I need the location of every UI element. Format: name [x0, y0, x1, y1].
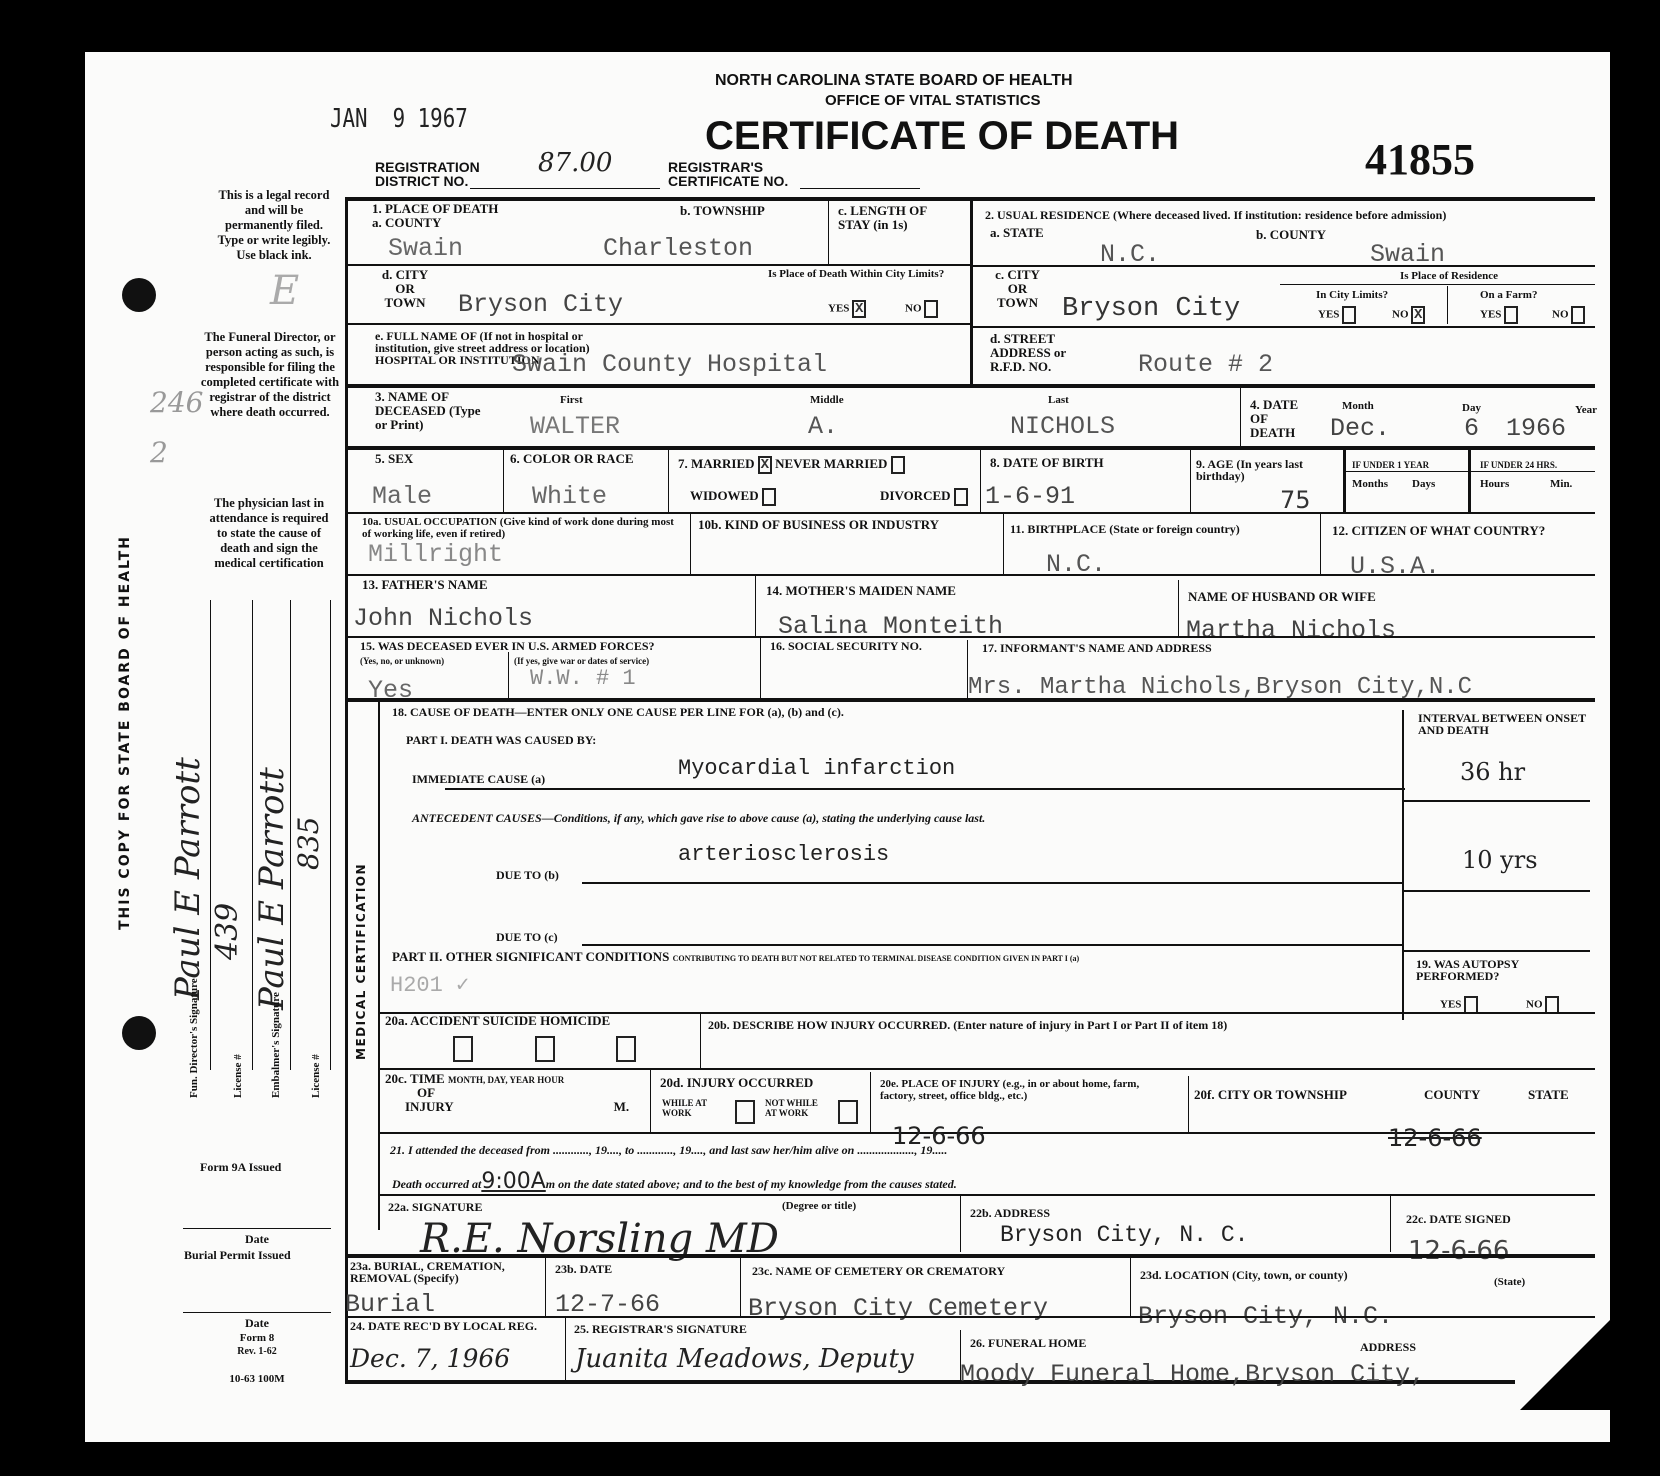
immediate-cause-label: IMMEDIATE CAUSE (a)	[412, 772, 545, 786]
on-farm-label: On a Farm?	[1480, 289, 1537, 301]
spouse-name-label: NAME OF HUSBAND OR WIFE	[1188, 590, 1376, 604]
hours-label: Hours	[1480, 478, 1509, 490]
form8-line	[183, 1312, 331, 1313]
street-address-label: d. STREET ADDRESS or R.F.D. NO.	[990, 332, 1080, 374]
hospital-value: Swain County Hospital	[512, 350, 827, 379]
part2-code: H201 ✓	[390, 972, 469, 998]
section-line	[345, 1316, 1595, 1318]
first-name-label: First	[560, 394, 583, 406]
disposition-label: 23a. BURIAL, CREMATION, REMOVAL (Specify…	[350, 1260, 545, 1284]
dod-year-label: Year	[1575, 404, 1597, 416]
street-address-value: Route # 2	[1138, 350, 1273, 379]
sex-label: 5. SEX	[375, 452, 413, 466]
informant-label: 17. INFORMANT'S NAME AND ADDRESS	[982, 642, 1212, 654]
farm-no[interactable]: NO	[1552, 306, 1585, 324]
section-line	[345, 384, 1595, 388]
divorced-checkbox[interactable]	[954, 488, 968, 506]
certificate-number: 41855	[1365, 134, 1475, 185]
date-signed-label: 22c. DATE SIGNED	[1406, 1212, 1511, 1226]
farm-no-checkbox[interactable]	[1571, 306, 1585, 324]
sex-value: Male	[372, 482, 432, 511]
disposition-value: Burial	[345, 1290, 435, 1319]
divider	[1130, 1258, 1131, 1318]
occupation-label: 10a. USUAL OCCUPATION (Give kind of work…	[362, 516, 682, 540]
interval-line	[1404, 890, 1590, 892]
due-to-b-label: DUE TO (b)	[496, 868, 559, 882]
divider	[508, 652, 509, 698]
divorced-option[interactable]: DIVORCED	[880, 488, 968, 506]
residence-state-label: a. STATE	[990, 226, 1044, 240]
within-limits-yes-checkbox[interactable]: X	[852, 300, 866, 318]
date-of-birth-value: 1-6-91	[985, 482, 1075, 511]
within-city-limits-label: Is Place of Death Within City Limits?	[768, 268, 968, 280]
dod-day-label: Day	[1462, 402, 1481, 414]
widowed-option[interactable]: WIDOWED	[690, 488, 776, 506]
license2-line	[330, 600, 331, 1070]
birthplace-label: 11. BIRTHPLACE (State or foreign country…	[1010, 522, 1240, 536]
divider	[980, 448, 981, 512]
middle-name-label: Middle	[810, 394, 844, 406]
residence-city-value: Bryson City	[1062, 294, 1240, 324]
farm-yes[interactable]: YES	[1480, 306, 1518, 324]
row-line	[345, 264, 970, 266]
divider	[690, 512, 691, 576]
medical-side-divider	[378, 700, 380, 1230]
divider	[565, 1318, 566, 1380]
divider	[1390, 1196, 1391, 1252]
funeral-home-label: 26. FUNERAL HOME	[970, 1336, 1086, 1350]
burial-date-value: 12-7-66	[555, 1290, 660, 1319]
date-label-1: Date	[183, 1232, 331, 1247]
suicide-checkbox[interactable]	[535, 1036, 555, 1062]
section-line	[345, 1254, 1595, 1258]
age-label: 9. AGE (In years last birthday)	[1196, 458, 1336, 482]
dod-month-label: Month	[1342, 400, 1374, 412]
not-while-at-work-option[interactable]: NOT WHILE AT WORK	[765, 1098, 820, 1118]
section-line	[380, 1068, 1595, 1070]
section-line	[380, 1194, 1595, 1196]
interval-line	[1404, 950, 1590, 952]
section-line	[345, 636, 1595, 638]
date-label-2: Date	[183, 1316, 331, 1331]
township-label: b. TOWNSHIP	[680, 204, 765, 218]
registrar-certificate-label: REGISTRAR'S CERTIFICATE NO.	[668, 160, 788, 188]
divider	[545, 1256, 546, 1316]
divider	[1188, 1076, 1189, 1132]
license2-label: License #	[310, 1054, 322, 1098]
divider	[668, 448, 669, 512]
in-city-no-checkbox[interactable]: X	[1411, 306, 1425, 324]
married-checkbox[interactable]: X	[758, 456, 772, 474]
place-of-death-label: 1. PLACE OF DEATHa. COUNTY	[372, 202, 498, 230]
sub-divider	[1447, 286, 1448, 324]
age-value: 75	[1280, 486, 1311, 514]
license2-number-handwritten: 835	[292, 817, 325, 870]
usual-residence-label: 2. USUAL RESIDENCE (Where deceased lived…	[985, 208, 1446, 222]
section-line	[345, 446, 1595, 450]
district-underline	[470, 188, 660, 189]
death-county-value: Swain	[388, 234, 463, 263]
injury-state-label: STATE	[1528, 1088, 1569, 1102]
occupation-value: Millright	[368, 540, 503, 569]
date-of-death-label: 4. DATE OF DEATH	[1250, 398, 1300, 440]
date-received-value: Dec. 7, 1966	[350, 1344, 510, 1373]
months-label: Months	[1352, 478, 1388, 490]
length-divider	[828, 197, 829, 265]
divider	[650, 1070, 651, 1132]
injury-description-label: 20b. DESCRIBE HOW INJURY OCCURRED. (Ente…	[708, 1018, 1227, 1032]
accident-suicide-homicide-label: 20a. ACCIDENT SUICIDE HOMICIDE	[385, 1014, 610, 1028]
length-of-stay-label: c. LENGTH OF STAY (in 1s)	[838, 204, 958, 232]
date-of-birth-label: 8. DATE OF BIRTH	[990, 456, 1104, 470]
physician-address-value: Bryson City, N. C.	[1000, 1222, 1248, 1248]
last-saw-alive-date: 12-6-66	[1388, 1124, 1482, 1152]
armed-forces-sub2: (If yes, give war or dates of service)	[514, 656, 649, 666]
registrar-signature-label: 25. REGISTRAR'S SIGNATURE	[574, 1322, 747, 1336]
sub-line	[1280, 284, 1595, 285]
divider	[1468, 448, 1471, 512]
dod-day-value: 6	[1464, 414, 1479, 443]
attended-statement: 21. I attended the deceased from .......…	[390, 1144, 947, 1156]
physician-address-label: 22b. ADDRESS	[970, 1206, 1050, 1220]
autopsy-label: 19. WAS AUTOPSY PERFORMED?	[1416, 958, 1566, 982]
fun-dir-sig-line	[210, 600, 211, 1070]
punch-hole-top	[122, 278, 156, 312]
part1-label: PART I. DEATH WAS CAUSED BY:	[406, 734, 596, 746]
section-line	[345, 698, 1595, 702]
under-24-hrs-label: IF UNDER 24 HRS.	[1480, 460, 1557, 470]
funeral-director-signature: Paul E Parrott	[168, 757, 208, 1000]
medical-certification-label: MEDICAL CERTIFICATION	[354, 863, 368, 1060]
divider	[870, 1072, 871, 1132]
residence-county-label: b. COUNTY	[1256, 228, 1326, 242]
embalmer-signature: Paul E Parrott	[252, 767, 292, 1010]
funeral-director-note: The Funeral Director, or person acting a…	[196, 330, 344, 420]
citizen-label: 12. CITIZEN OF WHAT COUNTRY?	[1332, 524, 1545, 538]
ssn-label: 16. SOCIAL SECURITY NO.	[770, 640, 922, 652]
burial-date-label: 23b. DATE	[555, 1262, 612, 1276]
min-label: Min.	[1550, 478, 1572, 490]
immediate-cause-line	[445, 788, 1405, 790]
married-option[interactable]: 7. MARRIED X NEVER MARRIED	[678, 456, 905, 474]
city-of-death-label: d. CITY OR TOWN	[375, 268, 435, 310]
date-received-label: 24. DATE REC'D BY LOCAL REG.	[350, 1320, 560, 1332]
burial-state-label: (State)	[1494, 1276, 1525, 1288]
handwritten-initial: E	[270, 268, 299, 314]
immediate-cause-value: Myocardial infarction	[678, 756, 955, 781]
mother-maiden-name-label: 14. MOTHER'S MAIDEN NAME	[766, 584, 956, 598]
interval-divider	[1402, 710, 1404, 1020]
punch-hole-bottom	[122, 1016, 156, 1050]
within-limits-yes[interactable]: YES X	[828, 300, 866, 318]
section1-divider	[970, 197, 973, 385]
armed-forces-label: 15. WAS DECEASED EVER IN U.S. ARMED FORC…	[360, 640, 655, 652]
antecedent-label: ANTECEDENT CAUSES—Conditions, if any, wh…	[412, 812, 985, 824]
township-value: Charleston	[603, 234, 753, 263]
row-line	[970, 326, 1595, 328]
injury-occurred-label: 20d. INJURY OCCURRED	[660, 1076, 813, 1090]
divider	[960, 1196, 961, 1252]
within-limits-no[interactable]: NO	[905, 300, 938, 318]
while-at-work-option[interactable]: WHILE AT WORK	[662, 1098, 717, 1118]
divider	[1320, 512, 1321, 576]
divider	[740, 1256, 741, 1316]
father-name-label: 13. FATHER'S NAME	[362, 578, 488, 592]
burial-permit-label: Burial Permit Issued	[184, 1248, 291, 1262]
residence-city-label: c. CITY OR TOWN	[990, 268, 1045, 310]
last-name-value: NICHOLS	[1010, 412, 1115, 441]
torn-corner	[1520, 1320, 1610, 1410]
license-label: License #	[232, 1054, 244, 1098]
divider	[760, 636, 761, 698]
while-at-work-checkbox[interactable]	[735, 1100, 755, 1124]
place-of-injury-label: 20e. PLACE OF INJURY (e.g., in or about …	[880, 1078, 1170, 1102]
time-of-injury-label: 20c. TIME MONTH, DAY, YEAR HOUROFINJURYM…	[385, 1072, 629, 1114]
divider	[755, 574, 756, 636]
registrar-cert-underline	[800, 188, 920, 189]
physician-note: The physician last in attendance is requ…	[206, 496, 332, 571]
registration-district-label: REGISTRATION DISTRICT NO.	[375, 160, 480, 188]
divider	[1178, 580, 1179, 638]
dod-year-value: 1966	[1506, 414, 1566, 443]
death-city-value: Bryson City	[458, 290, 623, 319]
business-label: 10b. KIND OF BUSINESS OR INDUSTRY	[698, 518, 939, 532]
registrar-signature: Juanita Meadows, Deputy	[575, 1344, 914, 1374]
informant-value: Mrs. Martha Nichols,Bryson City,N.C	[968, 674, 1472, 701]
cemetery-value: Bryson City Cemetery	[748, 1294, 1048, 1323]
in-city-yes-checkbox[interactable]	[1342, 306, 1356, 324]
days-label: Days	[1412, 478, 1435, 490]
print-code: 10-63 100M	[183, 1372, 331, 1387]
attended-to-date: 12-6-66	[892, 1122, 986, 1150]
due-to-b-value: arteriosclerosis	[678, 842, 889, 867]
death-occurred-statement: Death occurred at9:00Am on the date stat…	[392, 1176, 957, 1190]
due-to-b-interval-value: 10 yrs	[1462, 846, 1538, 874]
legal-record-note: This is a legal record and will be perma…	[212, 188, 336, 263]
registration-district-value: 87.00	[538, 148, 612, 178]
form-left-border	[345, 197, 348, 1382]
date-signed-value: 12-6-66	[1408, 1236, 1509, 1266]
burial-permit-line	[183, 1228, 331, 1229]
city-township-label: 20f. CITY OR TOWNSHIP	[1194, 1088, 1347, 1102]
due-to-c-label: DUE TO (c)	[496, 930, 558, 944]
first-name-value: WALTER	[530, 412, 620, 441]
middle-name-value: A.	[808, 412, 838, 441]
name-of-deceased-label: 3. NAME OF DECEASED (Type or Print)	[375, 390, 485, 432]
armed-forces-sub1: (Yes, no, or unknown)	[360, 656, 444, 666]
accident-checkbox[interactable]	[453, 1036, 473, 1062]
degree-label: (Degree or title)	[782, 1200, 856, 1212]
citizen-value: U.S.A.	[1350, 552, 1440, 581]
last-name-label: Last	[1048, 394, 1069, 406]
race-value: White	[532, 482, 607, 511]
handwritten-note: 246 2	[150, 378, 210, 478]
father-name-value: John Nichols	[353, 604, 533, 633]
row-line	[345, 323, 970, 325]
funeral-home-address-label: ADDRESS	[1360, 1340, 1416, 1354]
in-city-yes[interactable]: YES	[1318, 306, 1356, 324]
section-line	[345, 512, 1595, 514]
revision-label: Rev. 1-62	[183, 1344, 331, 1359]
war-service-value: W.W. # 1	[530, 666, 636, 691]
not-while-at-work-checkbox[interactable]	[838, 1100, 858, 1124]
divider	[1343, 448, 1346, 512]
race-label: 6. COLOR OR RACE	[510, 452, 634, 466]
place-of-residence-label: Is Place of Residence	[1400, 270, 1498, 282]
office-name: OFFICE OF VITAL STATISTICS	[825, 94, 1041, 108]
funeral-home-value: Moody Funeral Home,Bryson City,	[960, 1360, 1425, 1389]
fun-dir-sig-label: Fun. Director's Signature	[188, 978, 200, 1098]
divider	[1190, 448, 1191, 512]
cause-of-death-label: 18. CAUSE OF DEATH—ENTER ONLY ONE CAUSE …	[392, 706, 844, 718]
form-9a-label: Form 9A Issued	[200, 1160, 281, 1174]
row-line	[970, 265, 1595, 267]
homicide-checkbox[interactable]	[616, 1036, 636, 1062]
never-married-checkbox[interactable]	[891, 456, 905, 474]
due-to-c-line	[582, 944, 1404, 946]
divider	[700, 1012, 701, 1068]
page-title: CERTIFICATE OF DEATH	[705, 114, 1179, 159]
physician-signature-label: 22a. SIGNATURE	[388, 1200, 482, 1214]
divider	[1003, 512, 1004, 576]
embalmer-sig-label: Embalmer's Signature	[270, 992, 282, 1098]
injury-county-label: COUNTY	[1424, 1088, 1480, 1102]
widowed-checkbox[interactable]	[762, 488, 776, 506]
part2-label: PART II. OTHER SIGNIFICANT CONDITIONS CO…	[392, 950, 1079, 964]
section-line	[345, 574, 1595, 576]
burial-location-label: 23d. LOCATION (City, town, or county)	[1140, 1268, 1348, 1282]
farm-yes-checkbox[interactable]	[1504, 306, 1518, 324]
due-to-b-line	[582, 882, 1404, 884]
immediate-interval-value: 36 hr	[1460, 758, 1525, 786]
within-limits-no-checkbox[interactable]	[924, 300, 938, 318]
spouse-name-value: Martha Nichols	[1186, 616, 1396, 645]
in-city-no[interactable]: NO X	[1392, 306, 1425, 324]
received-stamp-date: JAN 9 1967	[330, 104, 468, 134]
interval-label: INTERVAL BETWEEN ONSET AND DEATH	[1418, 712, 1588, 736]
cemetery-label: 23c. NAME OF CEMETERY OR CREMATORY	[752, 1264, 1005, 1278]
dod-month-value: Dec.	[1330, 414, 1390, 443]
state-board-copy-label: THIS COPY FOR STATE BOARD OF HEALTH	[118, 535, 132, 930]
board-name: NORTH CAROLINA STATE BOARD OF HEALTH	[715, 74, 1073, 88]
under-1-year-label: IF UNDER 1 YEAR	[1352, 460, 1429, 470]
death-time-value: 9:00A	[481, 1169, 545, 1194]
dod-divider	[1240, 386, 1241, 446]
interval-line	[1404, 800, 1590, 802]
license-number-handwritten: 439	[210, 903, 245, 960]
in-city-limits-label: In City Limits?	[1316, 289, 1388, 301]
divider	[503, 448, 504, 512]
